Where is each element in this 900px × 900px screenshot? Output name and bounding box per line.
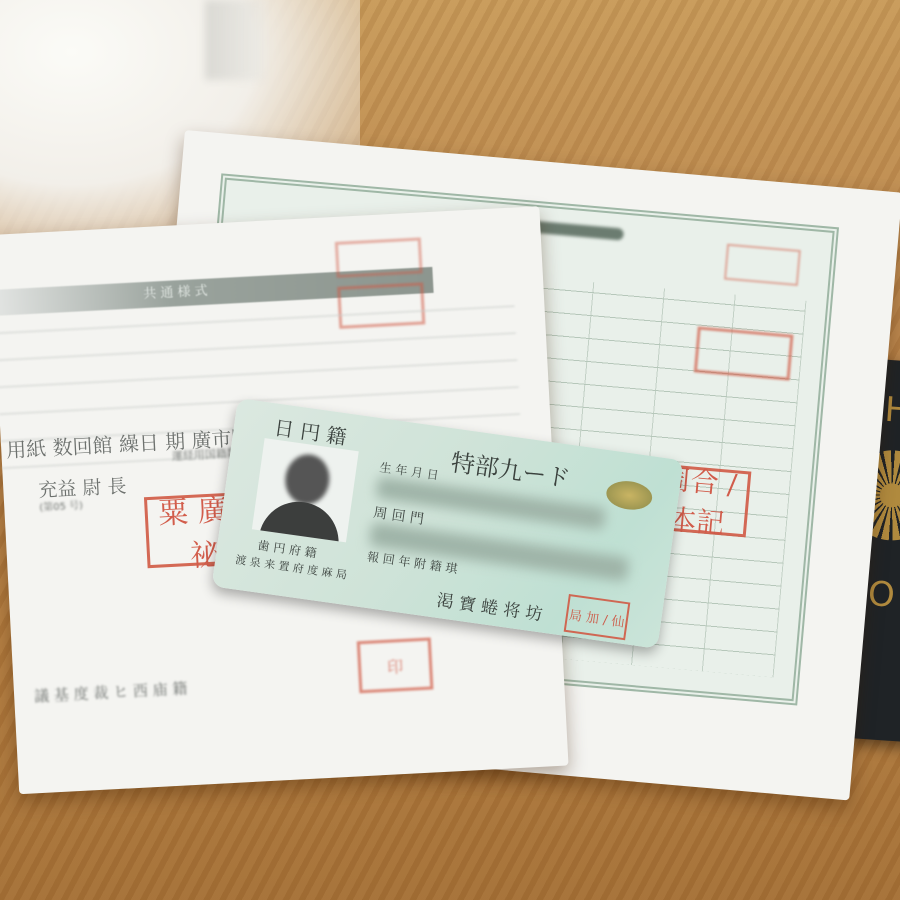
passport-text-top: H [883, 390, 900, 432]
card-photo [252, 438, 359, 542]
hologram-icon [605, 478, 654, 512]
form-line-2-sub: (第05 号) [39, 497, 83, 514]
card-seal-stamp: 局 加 / 仙 [564, 594, 631, 640]
card-footer-text: 渇 寶 蜷 将 坊 [435, 586, 544, 626]
window-frame [205, 0, 265, 80]
seal-stamp [694, 326, 794, 380]
faded-seal-stamp [724, 244, 801, 286]
redacted-address [369, 522, 630, 582]
faded-seal-stamp [335, 237, 423, 277]
small-seal-stamp: 印 [357, 637, 434, 693]
card-title: 特部九ード [449, 442, 573, 493]
face-blurred [282, 452, 333, 508]
form-footer-text: 議 基 度 裁 ヒ 西 庙 籍 [34, 677, 188, 706]
portrait-body [258, 497, 344, 543]
